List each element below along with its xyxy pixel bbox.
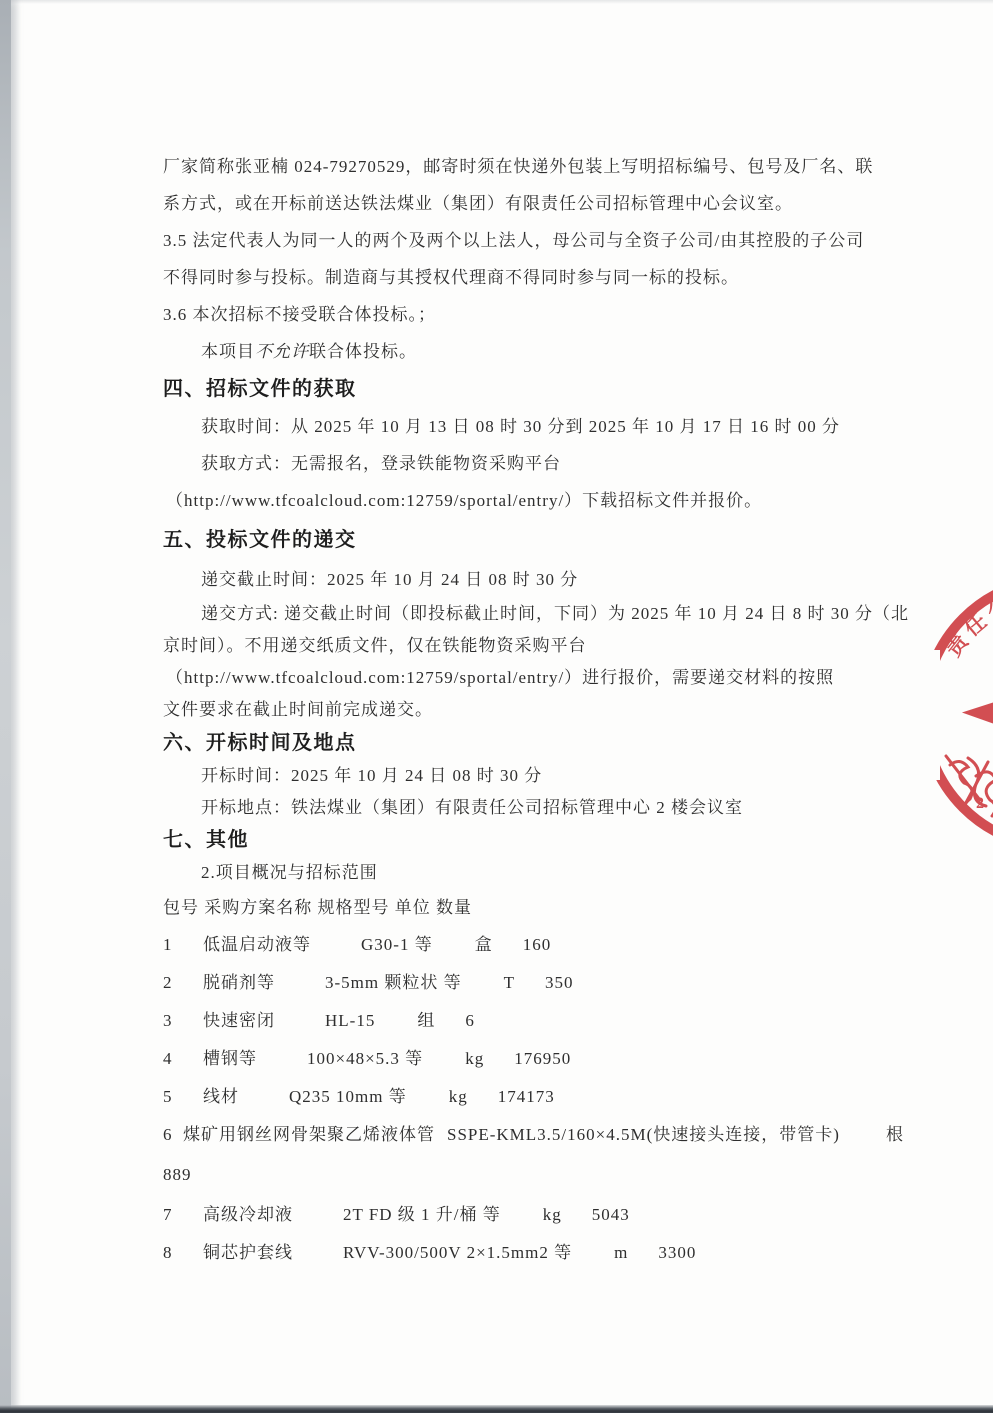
- row-no: 5: [163, 1078, 203, 1116]
- red-seal-stamp: 责 任 公 2: [910, 580, 993, 880]
- row-qty: 889: [163, 1165, 192, 1184]
- seal-number: 2: [976, 795, 984, 812]
- row-spec: 3-5mm 颗粒状 等: [325, 973, 462, 992]
- row-spec: RVV-300/500V 2×1.5mm2 等: [343, 1243, 572, 1262]
- items-table: 1低温启动液等G30-1 等盒1602脱硝剂等3-5mm 颗粒状 等T3503快…: [163, 926, 873, 1272]
- row-spec: 100×48×5.3 等: [307, 1049, 423, 1068]
- scan-left-edge: [0, 0, 11, 1413]
- clause-3-5-line-1: 3.5 法定代表人为同一人的两个及两个以上法人，母公司与全资子公司/由其控股的子…: [163, 222, 873, 259]
- submit-deadline-line: 递交截止时间：2025 年 10 月 24 日 08 时 30 分: [163, 561, 873, 598]
- row-unit: T: [504, 973, 515, 992]
- project-scope-subtitle: 2.项目概况与招标范围: [163, 856, 873, 889]
- clause-3-5-line-2: 不得同时参与投标。制造商与其授权代理商不得同时参与同一标的投标。: [163, 259, 873, 296]
- row-name: 铜芯护套线: [203, 1243, 293, 1262]
- row-qty: 174173: [498, 1087, 555, 1106]
- table-row: 8铜芯护套线RVV-300/500V 2×1.5mm2 等m3300: [163, 1234, 873, 1272]
- section-6-title: 六、开标时间及地点: [163, 726, 873, 760]
- table-row: 1低温启动液等G30-1 等盒160: [163, 926, 873, 964]
- row-spec: 2T FD 级 1 升/桶 等: [343, 1205, 501, 1224]
- row-spec: SSPE-KML3.5/160×4.5M(快速接头连接，带管卡): [447, 1125, 840, 1144]
- row-name: 低温启动液等: [203, 935, 311, 954]
- row-no: 4: [163, 1040, 203, 1078]
- row-qty: 160: [523, 935, 552, 954]
- submit-method-line-3: 文件要求在截止时间前完成递交。: [163, 694, 873, 726]
- row-unit: kg: [543, 1205, 562, 1224]
- seal-arc-char-2: 任: [960, 609, 992, 641]
- row-unit: kg: [449, 1087, 468, 1106]
- table-row: 3快速密闭HL-15组6: [163, 1002, 873, 1040]
- submit-method-line-2: 京时间）。不用递交纸质文件，仅在铁能物资采购平台: [163, 630, 873, 662]
- submit-method-line-1: 递交方式: 递交截止时间（即投标截止时间，下同）为 2025 年 10 月 24…: [163, 598, 873, 630]
- row-spec: G30-1 等: [361, 935, 433, 954]
- obtain-url-line: （http://www.tfcoalcloud.com:12759/sporta…: [163, 482, 873, 519]
- row-name: 脱硝剂等: [203, 973, 275, 992]
- row-unit: 盒: [475, 935, 493, 954]
- row-qty: 3300: [658, 1243, 696, 1262]
- row-name: 高级冷却液: [203, 1205, 293, 1224]
- seal-signature-scribble: [946, 756, 993, 816]
- row-no: 6: [163, 1116, 183, 1154]
- table-row: 2脱硝剂等3-5mm 颗粒状 等T350: [163, 964, 873, 1002]
- seal-star: [949, 638, 993, 777]
- table-row: 5线材Q235 10mm 等kg174173: [163, 1078, 873, 1116]
- seal-arc-char-3: 公: [983, 593, 993, 624]
- row-qty: 176950: [514, 1049, 571, 1068]
- section-7-title: 七、其他: [163, 824, 873, 856]
- seal-graphic: 责 任 公 2: [910, 580, 993, 880]
- items-table-header: 包号 采购方案名称 规格型号 单位 数量: [163, 889, 873, 926]
- row-qty: 350: [545, 973, 574, 992]
- obtain-method-line: 获取方式：无需报名，登录铁能物资采购平台: [163, 445, 873, 482]
- table-row: 6煤矿用钢丝网骨架聚乙烯液体管SSPE-KML3.5/160×4.5M(快速接头…: [163, 1116, 873, 1154]
- submit-url-line: （http://www.tfcoalcloud.com:12759/sporta…: [163, 662, 873, 694]
- paragraph-contact-2: 系方式，或在开标前送达铁法煤业（集团）有限责任公司招标管理中心会议室。: [163, 185, 873, 222]
- row-unit: kg: [465, 1049, 484, 1068]
- no-joint-bid-line: 本项目不允许联合体投标。: [163, 333, 873, 370]
- clause-3-6: 3.6 本次招标不接受联合体投标。；: [163, 296, 873, 333]
- row-unit: 组: [417, 1011, 435, 1030]
- row-no: 3: [163, 1002, 203, 1040]
- seal-arc-char-1: 责: [941, 629, 973, 661]
- scan-top-edge: [0, 0, 993, 4]
- scan-bottom-edge: [0, 1405, 993, 1413]
- row-name: 线材: [203, 1087, 239, 1106]
- row-name: 煤矿用钢丝网骨架聚乙烯液体管: [183, 1125, 435, 1144]
- document-body: 厂家简称张亚楠 024-79270529，邮寄时须在快递外包装上写明招标编号、包…: [163, 148, 873, 1272]
- paragraph-contact-1: 厂家简称张亚楠 024-79270529，邮寄时须在快递外包装上写明招标编号、包…: [163, 148, 873, 185]
- table-row-continued: 889: [163, 1154, 873, 1196]
- row-spec: Q235 10mm 等: [289, 1087, 407, 1106]
- row-no: 7: [163, 1196, 203, 1234]
- no-joint-suffix: 联合体投标。: [309, 342, 417, 361]
- row-no: 8: [163, 1234, 203, 1272]
- row-qty: 5043: [592, 1205, 630, 1224]
- open-place-line: 开标地点：铁法煤业（集团）有限责任公司招标管理中心 2 楼会议室: [163, 792, 873, 824]
- row-no: 2: [163, 964, 203, 1002]
- open-time-line: 开标时间：2025 年 10 月 24 日 08 时 30 分: [163, 760, 873, 792]
- section-4-title: 四、招标文件的获取: [163, 370, 873, 408]
- no-joint-prefix: 本项目: [201, 342, 255, 361]
- obtain-time-line: 获取时间：从 2025 年 10 月 13 日 08 时 30 分到 2025 …: [163, 408, 873, 445]
- row-unit: m: [614, 1243, 628, 1262]
- table-row: 4槽钢等100×48×5.3 等kg176950: [163, 1040, 873, 1078]
- row-name: 快速密闭: [203, 1011, 275, 1030]
- row-no: 1: [163, 926, 203, 964]
- scan-left-shadow: [11, 0, 21, 1413]
- table-row: 7高级冷却液2T FD 级 1 升/桶 等kg5043: [163, 1196, 873, 1234]
- row-spec: HL-15: [325, 1011, 375, 1030]
- row-unit: 根: [886, 1125, 904, 1144]
- no-joint-italic: 不允许: [255, 342, 309, 361]
- row-qty: 6: [465, 1011, 475, 1030]
- section-5-title: 五、投标文件的递交: [163, 519, 873, 561]
- row-name: 槽钢等: [203, 1049, 257, 1068]
